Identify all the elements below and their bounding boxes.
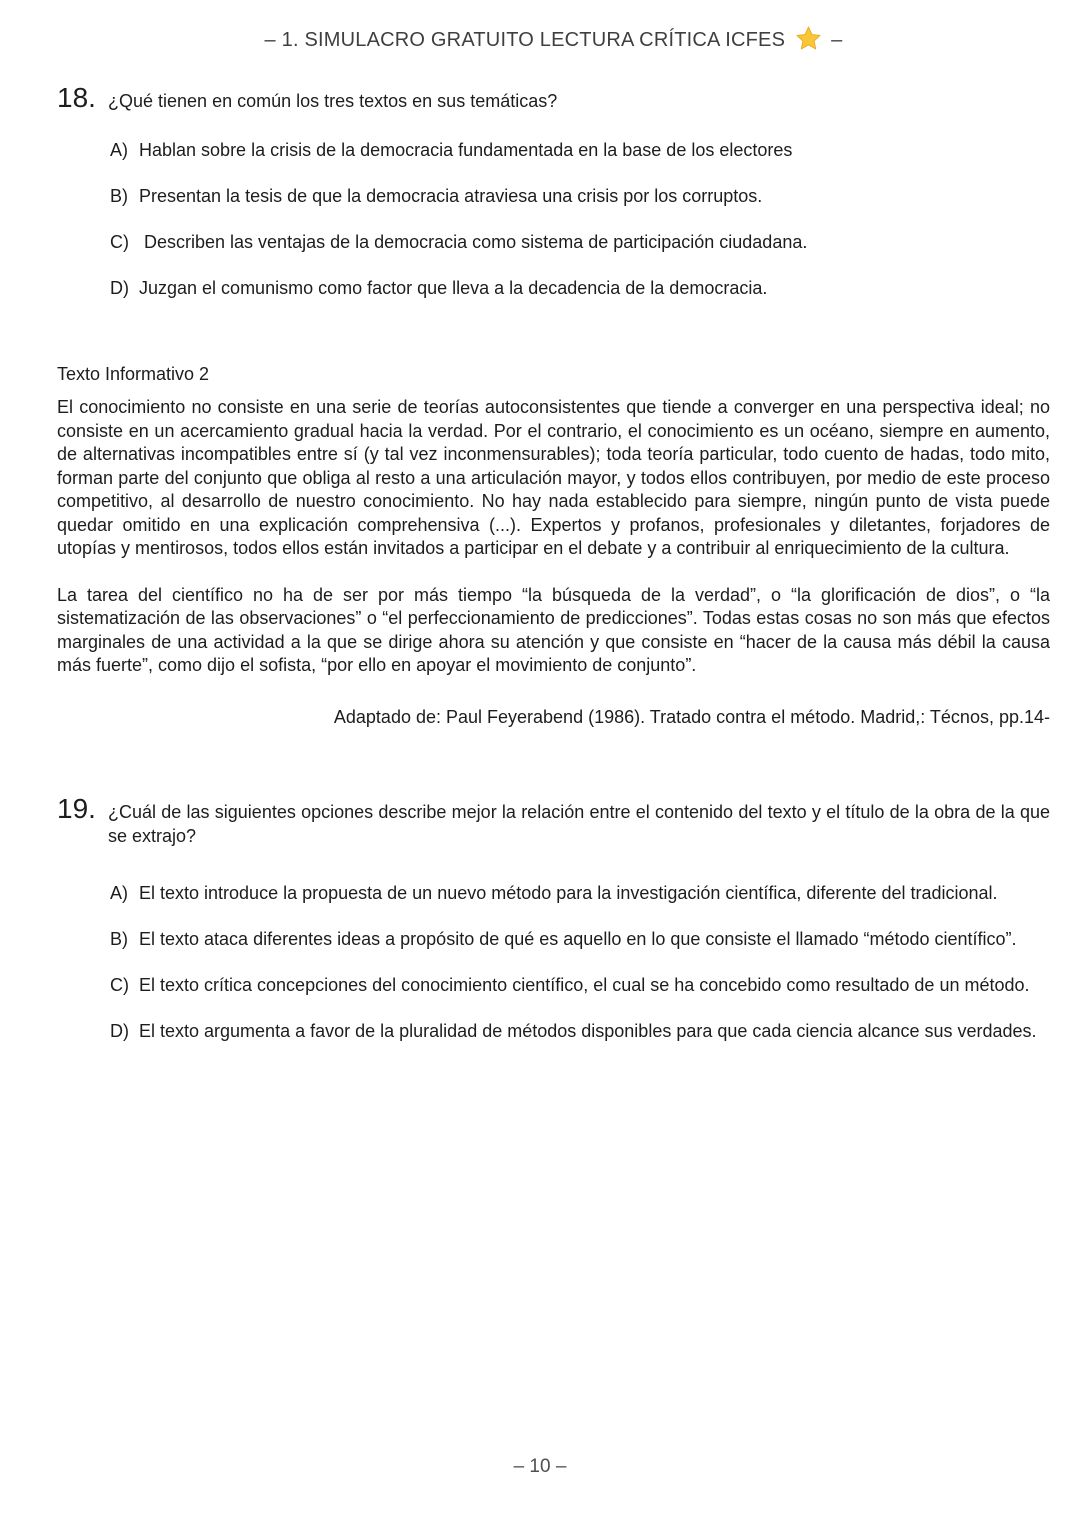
- question-18-number: 18.: [57, 82, 108, 114]
- question-19-option-b: B) El texto ataca diferentes ideas a pro…: [110, 927, 1050, 951]
- option-text: Describen las ventajas de la democracia …: [139, 230, 1050, 254]
- question-19-option-a: A) El texto introduce la propuesta de un…: [110, 881, 1050, 905]
- option-text: Hablan sobre la crisis de la democracia …: [139, 138, 1050, 162]
- question-18-option-a: A) Hablan sobre la crisis de la democrac…: [110, 138, 1050, 162]
- passage-paragraph-2: La tarea del científico no ha de ser por…: [57, 584, 1050, 678]
- question-19-text: ¿Cuál de las siguientes opciones describ…: [108, 800, 1050, 848]
- option-label: C): [110, 973, 139, 997]
- option-label: C): [110, 230, 139, 254]
- header-title: – 1. SIMULACRO GRATUITO LECTURA CRÍTICA …: [265, 29, 786, 51]
- option-label: D): [110, 1019, 139, 1043]
- option-label: B): [110, 927, 139, 951]
- document-page: – 1. SIMULACRO GRATUITO LECTURA CRÍTICA …: [0, 0, 1080, 1528]
- passage-attribution: Adaptado de: Paul Feyerabend (1986). Tra…: [57, 705, 1050, 729]
- question-19-option-d: D) El texto argumenta a favor de la plur…: [110, 1019, 1050, 1043]
- question-18-option-b: B) Presentan la tesis de que la democrac…: [110, 184, 1050, 208]
- option-label: B): [110, 184, 139, 208]
- passage-heading: Texto Informativo 2: [57, 362, 1050, 386]
- option-text: El texto crítica concepciones del conoci…: [139, 973, 1050, 997]
- header-trailing-dash: –: [831, 29, 842, 51]
- question-18-option-c: C) Describen las ventajas de la democrac…: [110, 230, 1050, 254]
- page-header: – 1. SIMULACRO GRATUITO LECTURA CRÍTICA …: [57, 25, 1050, 52]
- option-text: El texto introduce la propuesta de un nu…: [139, 881, 1050, 905]
- page-number: – 10 –: [0, 1456, 1080, 1478]
- option-text: El texto argumenta a favor de la plurali…: [139, 1019, 1050, 1043]
- question-18-option-d: D) Juzgan el comunismo como factor que l…: [110, 276, 1050, 300]
- question-19-option-c: C) El texto crítica concepciones del con…: [110, 973, 1050, 997]
- option-text: Presentan la tesis de que la democracia …: [139, 184, 1050, 208]
- star-icon: [795, 25, 822, 52]
- question-18-text: ¿Qué tienen en común los tres textos en …: [108, 89, 1050, 113]
- option-text: El texto ataca diferentes ideas a propós…: [139, 927, 1050, 951]
- option-label: A): [110, 881, 139, 905]
- option-label: A): [110, 138, 139, 162]
- question-18: 18. ¿Qué tienen en común los tres textos…: [57, 82, 1050, 114]
- option-text: Juzgan el comunismo como factor que llev…: [139, 276, 1050, 300]
- passage-paragraph-1: El conocimiento no consiste en una serie…: [57, 396, 1050, 561]
- question-19: 19. ¿Cuál de las siguientes opciones des…: [57, 793, 1050, 848]
- option-label: D): [110, 276, 139, 300]
- question-19-number: 19.: [57, 793, 108, 825]
